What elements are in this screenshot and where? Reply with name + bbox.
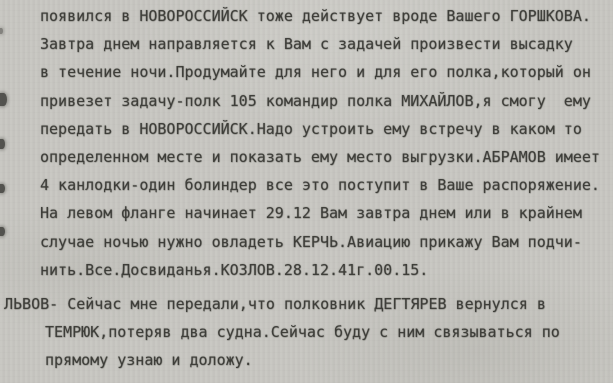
document-text: появился в НОВОРОССИЙСК тоже действует в… [0,2,613,374]
telegram-paragraph: появился в НОВОРОССИЙСК тоже действует в… [0,2,613,284]
text-line: 4 канлодки-один болиндер все это поступи… [0,171,613,199]
text-line: Завтра днем направляется к Вам с задачей… [0,30,613,58]
text-line: привезет задачу-полк 105 командир полка … [0,87,613,115]
text-line: передать в НОВОРОССИЙСК.Надо устроить ем… [0,115,613,143]
text-line: прямому узнаю и доложу. [0,346,613,374]
text-line: в течение ночи.Продумайте для него и для… [0,58,613,86]
text-line: случае ночью нужно овладеть КЕРЧЬ.Авиаци… [0,228,613,256]
text-line: ТЕМРЮК,потеряв два судна.Сейчас буду с н… [0,318,613,346]
text-line: появился в НОВОРОССИЙСК тоже действует в… [0,2,613,30]
text-line: ЛЬВОВ- Сейчас мне передали,что полковник… [0,290,613,318]
scanned-document-page: появился в НОВОРОССИЙСК тоже действует в… [0,0,613,383]
text-line: определенном месте и показать ему место … [0,143,613,171]
text-line: На левом фланге начинает 29.12 Вам завтр… [0,199,613,227]
lvov-reply-paragraph: ЛЬВОВ- Сейчас мне передали,что полковник… [0,290,613,375]
text-line: нить.Все.Досвиданья.КОЗЛОВ.28.12.41г.00.… [0,256,613,284]
